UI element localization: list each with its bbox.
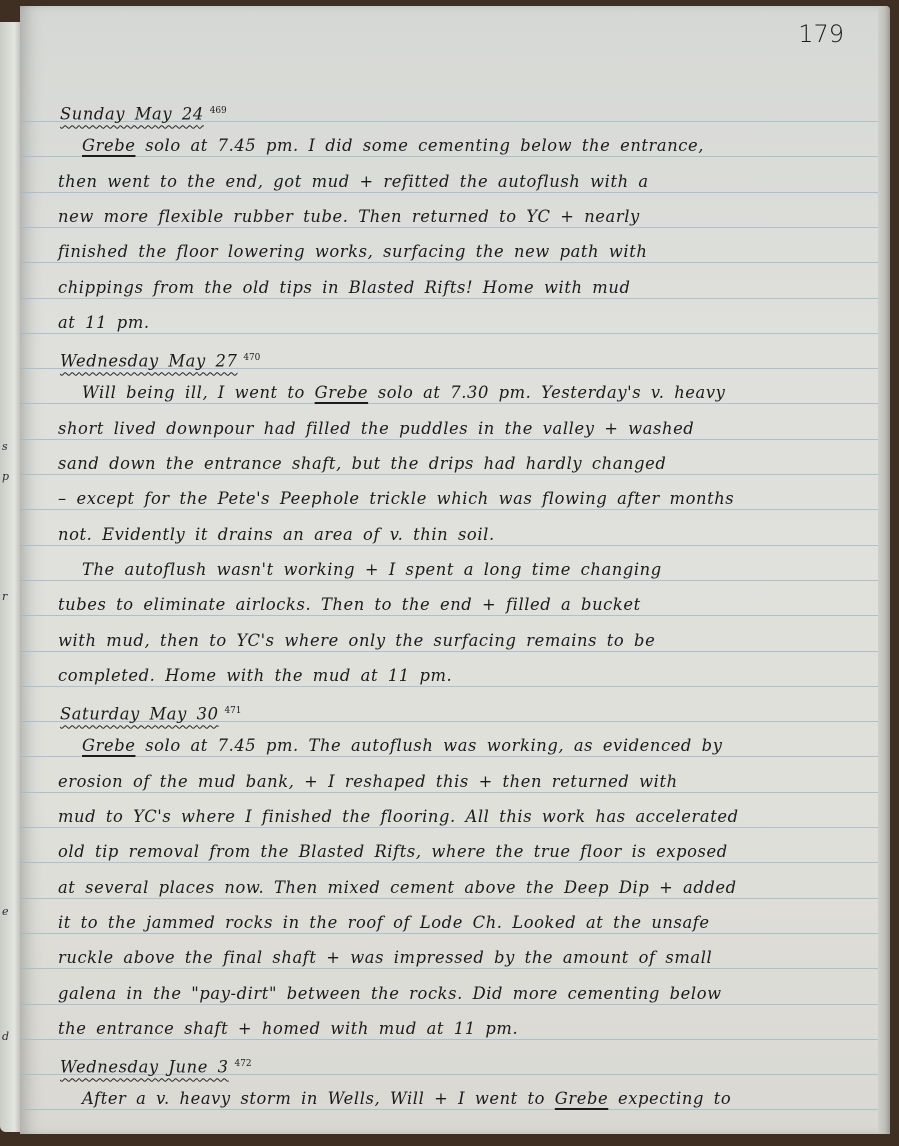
text-line: short lived downpour had filled the pudd… — [58, 415, 850, 443]
text-line: sand down the entrance shaft, but the dr… — [58, 450, 850, 478]
text-line: The autoflush wasn't working + I spent a… — [82, 556, 850, 584]
text-run: solo at 7.45 pm. I did some cementing be… — [135, 136, 704, 155]
entry-number: 472 — [235, 1050, 252, 1078]
text-line: Grebe solo at 7.45 pm. I did some cement… — [82, 132, 850, 160]
text-line: with mud, then to YC's where only the su… — [58, 627, 850, 655]
text-line: not. Evidently it drains an area of v. t… — [58, 521, 850, 549]
text-run: completed. Home with the mud at 11 pm. — [58, 666, 452, 685]
entry-date: Wednesday May 27 — [60, 352, 237, 371]
text-run: expecting to — [608, 1089, 731, 1108]
text-run: not. Evidently it drains an area of v. t… — [58, 525, 495, 544]
entry-number: 469 — [210, 97, 227, 125]
facing-page-letter: p — [2, 470, 9, 483]
text-run: short lived downpour had filled the pudd… — [58, 419, 694, 438]
text-line: at several places now. Then mixed cement… — [58, 874, 850, 902]
text-line: the entrance shaft + homed with mud at 1… — [58, 1015, 850, 1043]
text-run: mud to YC's where I finished the floorin… — [58, 807, 739, 826]
underlined-place-name: Grebe — [82, 136, 135, 155]
text-run: new more flexible rubber tube. Then retu… — [58, 207, 640, 226]
text-line: After a v. heavy storm in Wells, Will + … — [82, 1085, 850, 1113]
text-run: sand down the entrance shaft, but the dr… — [58, 454, 666, 473]
entry-heading: Sunday May 24469 — [60, 97, 850, 125]
text-line: old tip removal from the Blasted Rifts, … — [58, 838, 850, 866]
text-line: erosion of the mud bank, + I reshaped th… — [58, 768, 850, 796]
text-line: ruckle above the final shaft + was impre… — [58, 944, 850, 972]
facing-page-letter: r — [2, 590, 7, 603]
entry-heading: Saturday May 30471 — [60, 697, 850, 725]
text-line: mud to YC's where I finished the floorin… — [58, 803, 850, 831]
underlined-place-name: Grebe — [315, 383, 368, 402]
text-run: ruckle above the final shaft + was impre… — [58, 948, 712, 967]
text-line: at 11 pm. — [58, 309, 850, 337]
text-run: old tip removal from the Blasted Rifts, … — [58, 842, 728, 861]
notebook-page: 179 Sunday May 24469Grebe solo at 7.45 p… — [20, 6, 890, 1134]
facing-page-letter: s — [2, 440, 8, 453]
page-number: 179 — [798, 20, 844, 48]
text-run: The autoflush wasn't working + I spent a… — [82, 560, 662, 579]
underlined-place-name: Grebe — [555, 1089, 608, 1108]
text-run: Will being ill, I went to — [82, 383, 315, 402]
underlined-place-name: Grebe — [82, 736, 135, 755]
text-line: then went to the end, got mud + refitted… — [58, 168, 850, 196]
text-run: tubes to eliminate airlocks. Then to the… — [58, 595, 641, 614]
text-line: new more flexible rubber tube. Then retu… — [58, 203, 850, 231]
facing-page-letter: d — [2, 1030, 9, 1043]
entry-heading: Wednesday May 27470 — [60, 344, 850, 372]
entry-date: Sunday May 24 — [60, 105, 204, 124]
entry-date: Wednesday June 3 — [60, 1058, 229, 1077]
text-run: solo at 7.45 pm. The autoflush was worki… — [135, 736, 722, 755]
text-run: galena in the "pay-dirt" between the roc… — [58, 984, 722, 1003]
text-run: finished the floor lowering works, surfa… — [58, 242, 647, 261]
text-line: tubes to eliminate airlocks. Then to the… — [58, 591, 850, 619]
text-run: at several places now. Then mixed cement… — [58, 878, 737, 897]
text-line: it to the jammed rocks in the roof of Lo… — [58, 909, 850, 937]
text-run: with mud, then to YC's where only the su… — [58, 631, 655, 650]
text-line: completed. Home with the mud at 11 pm. — [58, 662, 850, 690]
text-run: it to the jammed rocks in the roof of Lo… — [58, 913, 710, 932]
entry-number: 470 — [243, 344, 260, 372]
text-line: finished the floor lowering works, surfa… — [58, 238, 850, 266]
text-line: – except for the Pete's Peephole trickle… — [58, 485, 850, 513]
text-run: then went to the end, got mud + refitted… — [58, 172, 649, 191]
text-run: the entrance shaft + homed with mud at 1… — [58, 1019, 518, 1038]
text-run: solo at 7.30 pm. Yesterday's v. heavy — [368, 383, 725, 402]
text-run: – except for the Pete's Peephole trickle… — [58, 489, 734, 508]
entry-date: Saturday May 30 — [60, 705, 219, 724]
text-run: erosion of the mud bank, + I reshaped th… — [58, 772, 678, 791]
text-line: Grebe solo at 7.45 pm. The autoflush was… — [82, 732, 850, 760]
entry-number: 471 — [224, 697, 241, 725]
page-edge-shadow — [878, 6, 890, 1134]
text-run: at 11 pm. — [58, 313, 150, 332]
text-line: chippings from the old tips in Blasted R… — [58, 274, 850, 302]
entry-heading: Wednesday June 3472 — [60, 1050, 850, 1078]
text-line: Will being ill, I went to Grebe solo at … — [82, 379, 850, 407]
text-run: chippings from the old tips in Blasted R… — [58, 278, 630, 297]
text-run: After a v. heavy storm in Wells, Will + … — [82, 1089, 555, 1108]
facing-page-letter: e — [2, 905, 9, 918]
text-line: galena in the "pay-dirt" between the roc… — [58, 980, 850, 1008]
